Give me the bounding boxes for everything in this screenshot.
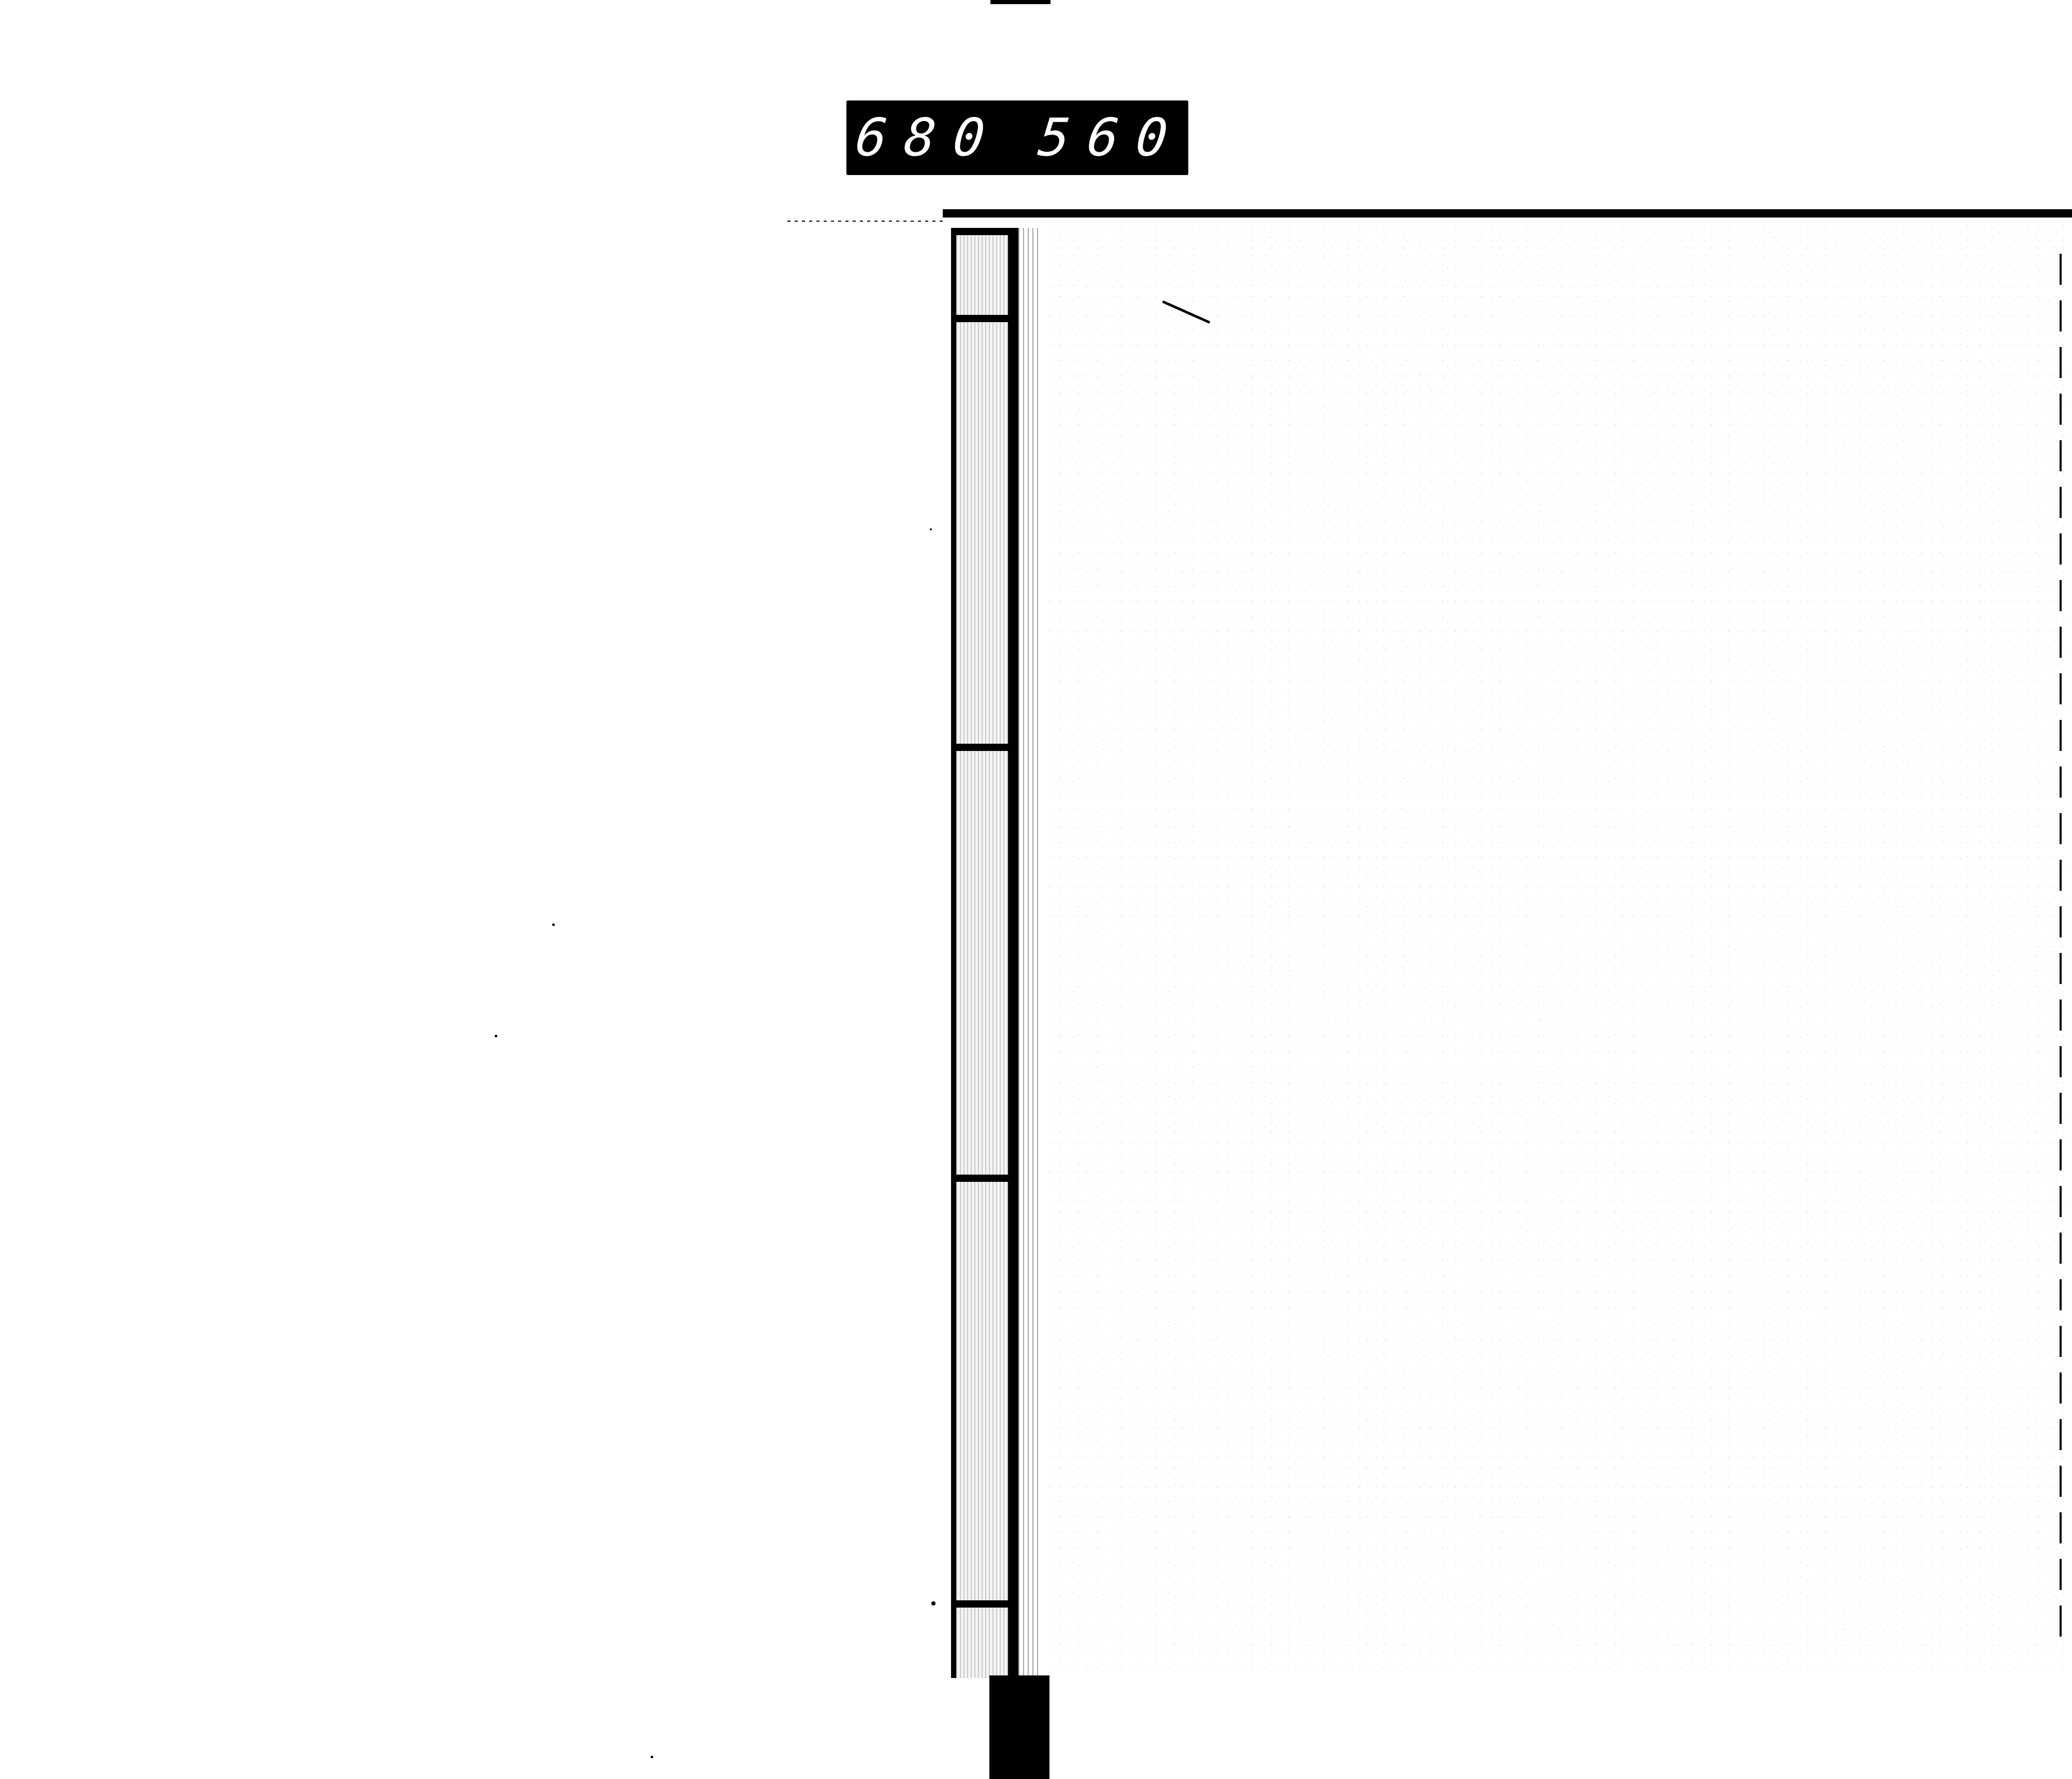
spine-hinge-bar: [1008, 228, 1018, 1678]
spine-page-edges: [1018, 228, 1039, 1678]
frame-counter-label: 680 560.: [846, 100, 1188, 175]
counter-left-value: 680: [853, 112, 1005, 164]
speck: [495, 1035, 497, 1037]
spine-band-1: [951, 315, 1018, 322]
speck: [552, 923, 555, 926]
spine-band-4: [951, 1600, 1018, 1608]
spine-band-3: [951, 1175, 1018, 1182]
speck: [651, 1756, 653, 1758]
page-top-edge-rule: [943, 209, 2072, 218]
counter-right-value: 560.: [1035, 112, 1236, 164]
blank-page: [1046, 223, 2072, 1673]
scanned-document: 680 560.: [0, 0, 2072, 1779]
dotted-rule: [787, 221, 943, 222]
page-right-edge: [2060, 254, 2062, 1652]
top-registration-mark: [990, 0, 1051, 4]
spine-band-top: [951, 228, 1018, 235]
spine-band-2: [951, 744, 1018, 751]
book-spine: [951, 228, 1049, 1678]
spine-cover: [951, 228, 1008, 1678]
speck: [931, 1601, 936, 1606]
speck: [930, 528, 932, 530]
spine-foot-shadow: [989, 1675, 1049, 1779]
